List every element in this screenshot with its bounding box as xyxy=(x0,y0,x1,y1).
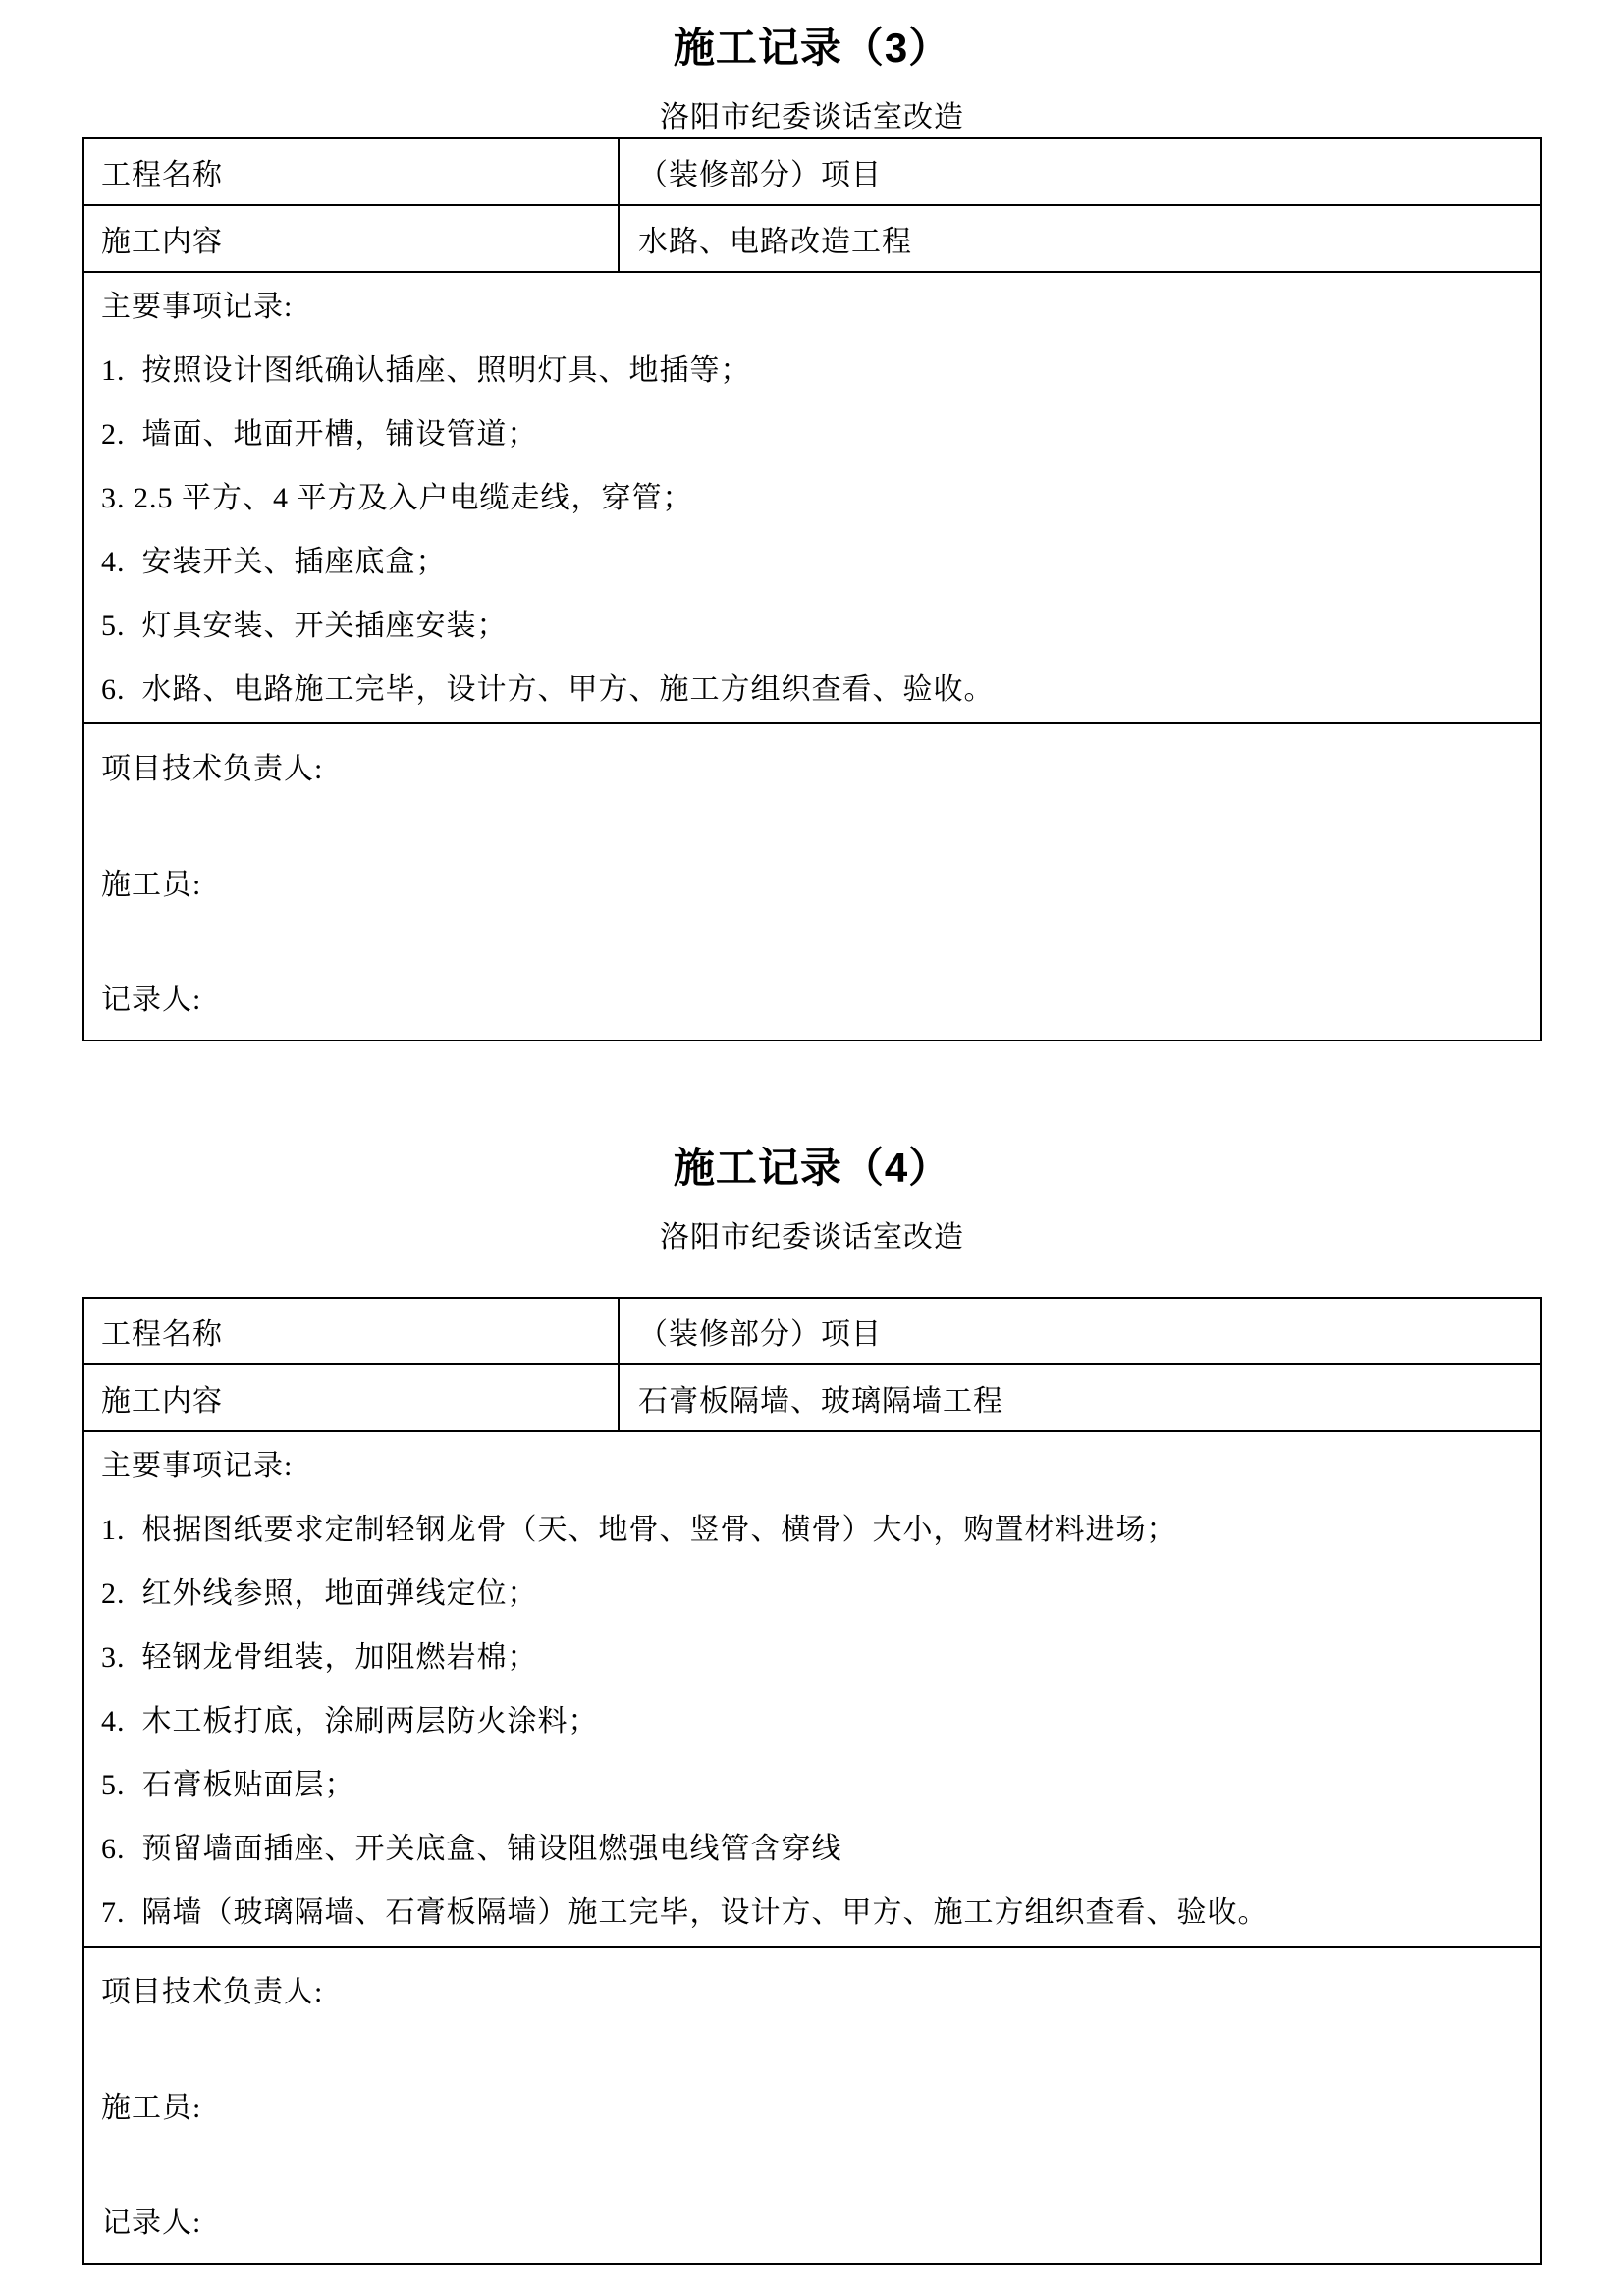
note-item: 5. 石膏板贴面层； xyxy=(101,1753,1523,1817)
work-content-value: 石膏板隔墙、玻璃隔墙工程 xyxy=(620,1365,1540,1430)
project-name-value: （装修部分）项目 xyxy=(620,139,1540,204)
note-item: 2. 墙面、地面开槽，铺设管道； xyxy=(101,402,1523,466)
record-table: 工程名称 （装修部分）项目 施工内容 水路、电路改造工程 主要事项记录: 1. … xyxy=(82,137,1542,1041)
construction-record-3: 施工记录（3） 洛阳市纪委谈话室改造 工程名称 （装修部分）项目 施工内容 水路… xyxy=(82,0,1542,1041)
technical-director-label: 项目技术负责人: xyxy=(101,1977,1523,2008)
work-content-label: 施工内容 xyxy=(84,206,620,271)
record-subtitle: 洛阳市纪委谈话室改造 xyxy=(82,1221,1542,1255)
note-item: 5. 灯具安装、开关插座安装； xyxy=(101,594,1523,658)
notes-header: 主要事项记录: xyxy=(101,1434,1523,1498)
record-title: 施工记录（3） xyxy=(82,0,1542,71)
constructor-label: 施工员: xyxy=(101,2093,1523,2124)
project-name-value: （装修部分）项目 xyxy=(620,1299,1540,1363)
note-item: 6. 预留墙面插座、开关底盒、铺设阻燃强电线管含穿线 xyxy=(101,1817,1523,1881)
record-title: 施工记录（4） xyxy=(82,1146,1542,1191)
recorder-label: 记录人: xyxy=(101,2208,1523,2239)
table-row: 施工内容 水路、电路改造工程 xyxy=(84,206,1540,273)
note-item: 1. 按照设计图纸确认插座、照明灯具、地插等； xyxy=(101,339,1523,402)
table-row: 施工内容 石膏板隔墙、玻璃隔墙工程 xyxy=(84,1365,1540,1432)
note-item: 3. 轻钢龙骨组装，加阻燃岩棉； xyxy=(101,1626,1523,1689)
work-content-value: 水路、电路改造工程 xyxy=(620,206,1540,271)
project-name-label: 工程名称 xyxy=(84,1299,620,1363)
constructor-label: 施工员: xyxy=(101,870,1523,901)
note-item: 6. 水路、电路施工完毕，设计方、甲方、施工方组织查看、验收。 xyxy=(101,658,1523,721)
work-content-label: 施工内容 xyxy=(84,1365,620,1430)
record-table: 工程名称 （装修部分）项目 施工内容 石膏板隔墙、玻璃隔墙工程 主要事项记录: … xyxy=(82,1297,1542,2265)
note-item: 1. 根据图纸要求定制轻钢龙骨（天、地骨、竖骨、横骨）大小，购置材料进场； xyxy=(101,1498,1523,1562)
note-item: 2. 红外线参照，地面弹线定位； xyxy=(101,1562,1523,1626)
record-subtitle: 洛阳市纪委谈话室改造 xyxy=(82,101,1542,134)
note-item: 3. 2.5 平方、4 平方及入户电缆走线，穿管； xyxy=(101,466,1523,530)
document-content: 施工记录（3） 洛阳市纪委谈话室改造 工程名称 （装修部分）项目 施工内容 水路… xyxy=(82,0,1542,2265)
note-item: 4. 安装开关、插座底盒； xyxy=(101,530,1523,594)
recorder-label: 记录人: xyxy=(101,985,1523,1016)
notes-cell: 主要事项记录: 1. 按照设计图纸确认插座、照明灯具、地插等； 2. 墙面、地面… xyxy=(84,273,1540,724)
signature-cell: 项目技术负责人: 施工员: 记录人: xyxy=(84,724,1540,1040)
notes-header: 主要事项记录: xyxy=(101,275,1523,339)
document-page: 施工记录（3） 洛阳市纪委谈话室改造 工程名称 （装修部分）项目 施工内容 水路… xyxy=(0,0,1624,2296)
construction-record-4: 施工记录（4） 洛阳市纪委谈话室改造 工程名称 （装修部分）项目 施工内容 石膏… xyxy=(82,1146,1542,2265)
table-row: 工程名称 （装修部分）项目 xyxy=(84,139,1540,206)
notes-cell: 主要事项记录: 1. 根据图纸要求定制轻钢龙骨（天、地骨、竖骨、横骨）大小，购置… xyxy=(84,1432,1540,1948)
project-name-label: 工程名称 xyxy=(84,139,620,204)
note-item: 7. 隔墙（玻璃隔墙、石膏板隔墙）施工完毕，设计方、甲方、施工方组织查看、验收。 xyxy=(101,1881,1523,1945)
table-row: 工程名称 （装修部分）项目 xyxy=(84,1299,1540,1365)
signature-cell: 项目技术负责人: 施工员: 记录人: xyxy=(84,1948,1540,2263)
note-item: 4. 木工板打底，涂刷两层防火涂料； xyxy=(101,1689,1523,1753)
technical-director-label: 项目技术负责人: xyxy=(101,754,1523,785)
